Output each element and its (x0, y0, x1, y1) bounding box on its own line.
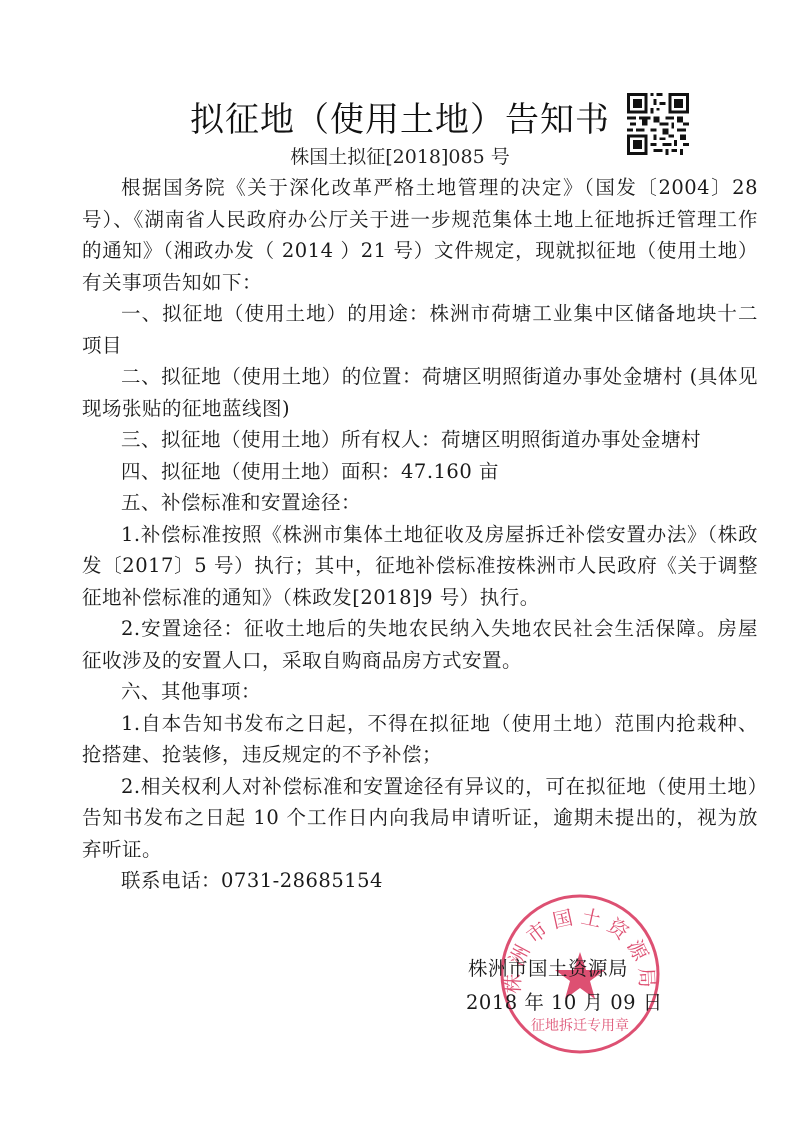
issuing-organization: 株洲市国土资源局 (466, 952, 663, 986)
section-owner: 三、拟征地（使用土地）所有权人：荷塘区明照街道办事处金塘村 (82, 424, 758, 456)
other-item-1: 1.自本告知书发布之日起，不得在拟征地（使用土地）范围内抢栽种、抢搭建、抢装修，… (82, 708, 758, 771)
section-area: 四、拟征地（使用土地）面积：47.160 亩 (82, 456, 758, 488)
qr-code-icon (627, 93, 689, 155)
section-other-heading: 六、其他事项： (82, 676, 758, 708)
other-item-2: 2.相关权利人对补偿标准和安置途径有异议的，可在拟征地（使用土地）告知书发布之日… (82, 771, 758, 866)
section-compensation-heading: 五、补偿标准和安置途径： (82, 487, 758, 519)
document-body: 根据国务院《关于深化改革严格土地管理的决定》（国发〔2004〕28号）、《湖南省… (82, 172, 758, 916)
section-purpose: 一、拟征地（使用土地）的用途：株洲市荷塘工业集中区储备地块十二项目 (82, 298, 758, 361)
compensation-standard: 1.补偿标准按照《株洲市集体土地征收及房屋拆迁补偿安置办法》（株政发〔2017〕… (82, 519, 758, 614)
intro-paragraph: 根据国务院《关于深化改革严格土地管理的决定》（国发〔2004〕28号）、《湖南省… (82, 172, 758, 298)
section-location: 二、拟征地（使用土地）的位置：荷塘区明照街道办事处金塘村 (具体见现场张贴的征地… (82, 361, 758, 424)
resettlement-approach: 2.安置途径：征收土地后的失地农民纳入失地农民社会生活保障。房屋征收涉及的安置人… (82, 613, 758, 676)
issue-date: 2018 年 10 月 09 日 (466, 986, 663, 1020)
signature-block: 株洲市国土资源局 2018 年 10 月 09 日 (466, 952, 663, 1020)
